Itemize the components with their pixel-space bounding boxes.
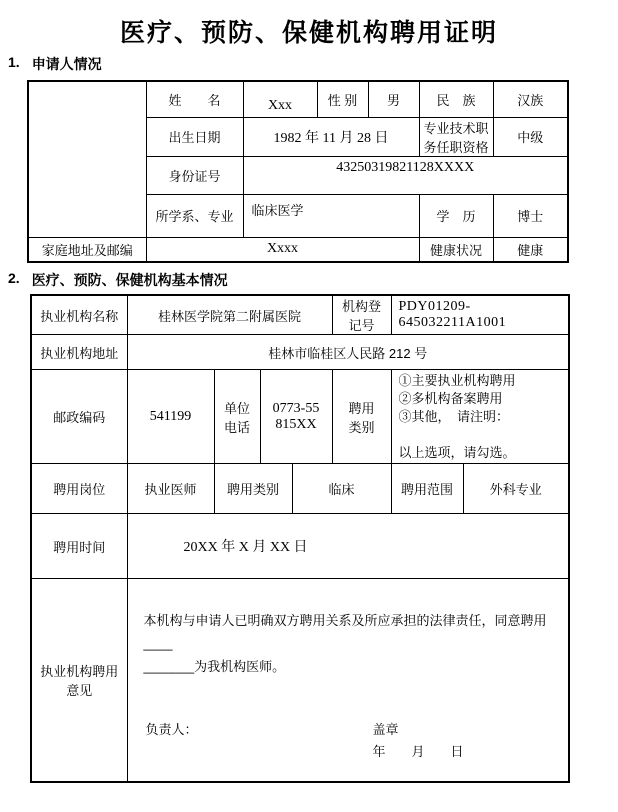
- section1-number: 1.: [8, 54, 20, 74]
- postcode-label: 邮政编码: [31, 370, 127, 464]
- org-addr-label: 执业机构地址: [31, 335, 127, 370]
- id-value: 43250319821128XXXX: [243, 156, 568, 194]
- name-label: 姓 名: [146, 81, 243, 117]
- phone-value: 0773-55 815XX: [260, 370, 332, 464]
- id-label: 身份证号: [146, 156, 243, 194]
- opinion-text: 本机构与申请人已明确双方聘用关系及所应承担的法律责任，同意聘用____ ____…: [144, 609, 564, 678]
- ethnic-value: 汉族: [493, 81, 568, 117]
- hire-category-options: ①主要执业机构聘用 ②多机构备案聘用 ③其他， 请注明： 以上选项，请勾选。: [391, 370, 569, 464]
- prof-title-value: 中级: [493, 117, 568, 156]
- section1-title: 申请人情况: [32, 54, 102, 74]
- reg-label: 机构登 记号: [332, 295, 391, 335]
- page-title: 医疗、预防、保健机构聘用证明: [0, 13, 618, 49]
- home-value: Xxxx: [146, 237, 419, 262]
- position-value: 执业医师: [127, 464, 214, 514]
- scope-value: 外科专业: [463, 464, 569, 514]
- postcode-value: 541199: [127, 370, 214, 464]
- name-value: Xxx: [243, 81, 317, 117]
- scope-label: 聘用范围: [391, 464, 463, 514]
- position-label: 聘用岗位: [31, 464, 127, 514]
- responsible-label: 负责人：: [146, 719, 198, 738]
- section2-number: 2.: [8, 270, 20, 290]
- photo-cell: [28, 81, 146, 237]
- institution-info-table: 执业机构名称 桂林医学院第二附属医院 机构登 记号 PDY01209-64503…: [30, 294, 570, 783]
- major-label: 所学系、专业: [146, 194, 243, 237]
- home-label: 家庭地址及邮编: [28, 237, 146, 262]
- health-value: 健康: [493, 237, 568, 262]
- birth-label: 出生日期: [146, 117, 243, 156]
- section2-title: 医疗、预防、保健机构基本情况: [32, 270, 228, 290]
- org-name-value: 桂林医学院第二附属医院: [127, 295, 332, 335]
- birth-value: 1982 年 11 月 28 日: [243, 117, 419, 156]
- prof-title-label: 专业技术职 务任职资格: [419, 117, 493, 156]
- opinion-label: 执业机构聘用 意见: [31, 579, 127, 783]
- category-value: 临床: [292, 464, 391, 514]
- degree-value: 博士: [493, 194, 568, 237]
- phone-label: 单位 电话: [214, 370, 260, 464]
- org-addr-value: 桂林市临桂区人民路 212 号: [127, 335, 569, 370]
- applicant-info-table: 姓 名 Xxx 性 别 男 民 族 汉族 出生日期 1982 年 11 月 28…: [27, 80, 569, 263]
- reg-value: PDY01209-645032211A1001: [391, 295, 569, 335]
- org-name-label: 执业机构名称: [31, 295, 127, 335]
- section1-heading: 1. 申请人情况: [8, 54, 102, 74]
- degree-label: 学 历: [419, 194, 493, 237]
- ethnic-label: 民 族: [419, 81, 493, 117]
- major-value: 临床医学: [243, 194, 419, 237]
- gender-value: 男: [368, 81, 419, 117]
- date-placeholder: 年 月 日: [373, 741, 464, 760]
- hire-category-label: 聘用 类别: [332, 370, 391, 464]
- time-value: 20XX 年 X 月 XX 日: [127, 514, 569, 579]
- opinion-cell: 本机构与申请人已明确双方聘用关系及所应承担的法律责任，同意聘用____ ____…: [127, 579, 569, 783]
- opinion-content: 本机构与申请人已明确双方聘用关系及所应承担的法律责任，同意聘用____ ____…: [128, 579, 569, 781]
- health-label: 健康状况: [419, 237, 493, 262]
- category-label: 聘用类别: [214, 464, 292, 514]
- seal-label: 盖章: [373, 719, 399, 738]
- section2-heading: 2. 医疗、预防、保健机构基本情况: [8, 270, 228, 290]
- time-label: 聘用时间: [31, 514, 127, 579]
- gender-label: 性 别: [317, 81, 368, 117]
